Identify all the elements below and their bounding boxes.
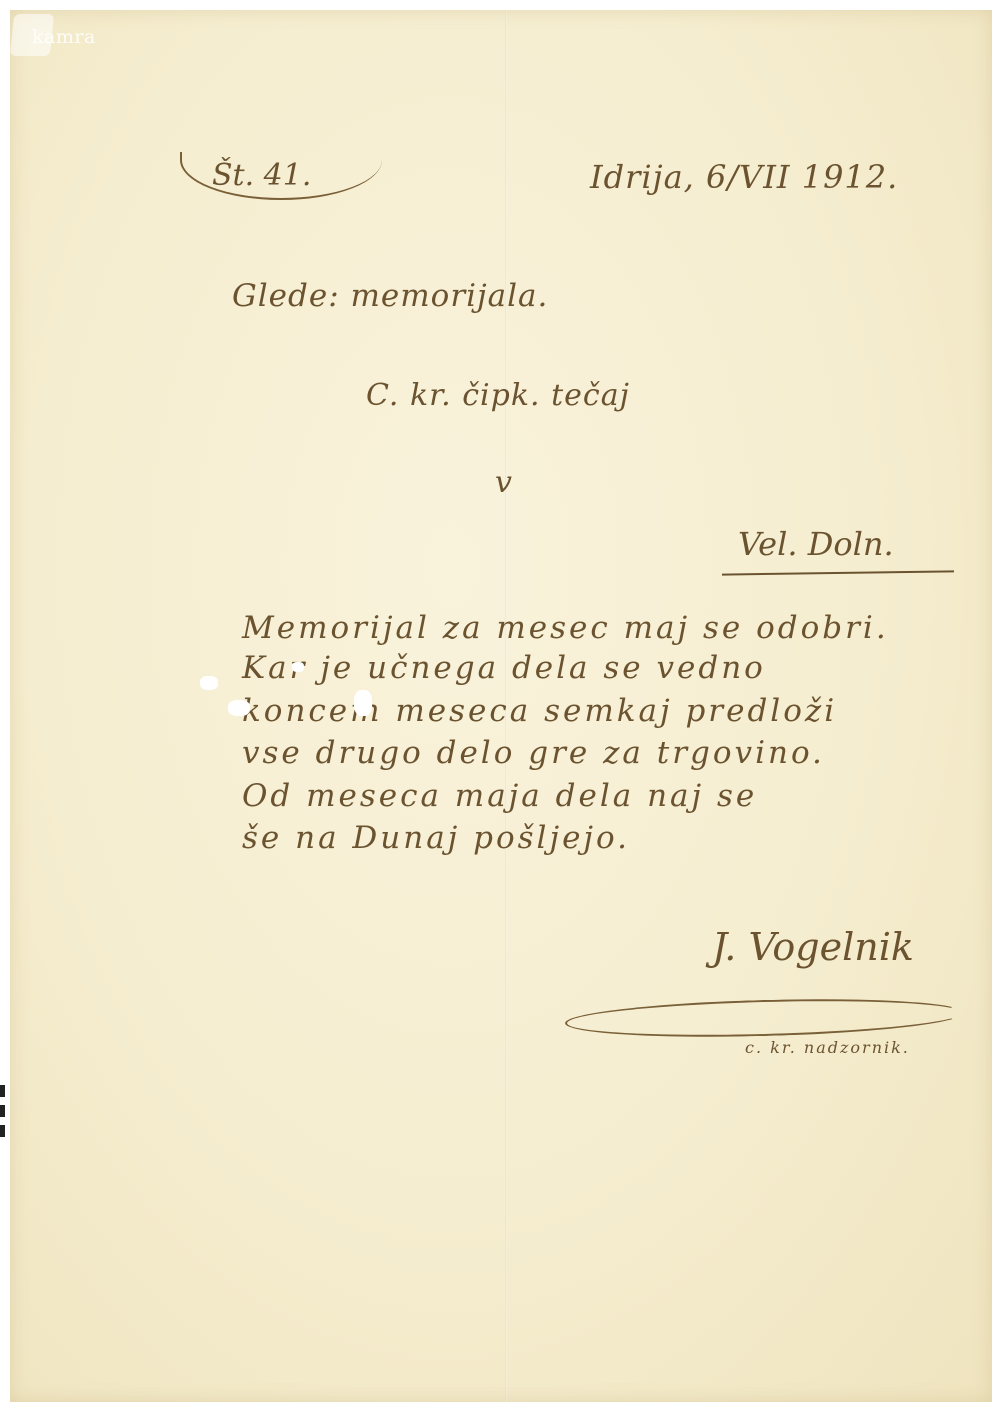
addressee-place: Vel. Doln. [738, 525, 894, 563]
signatory-title: c. kr. nadzornik. [745, 1038, 910, 1057]
paper-hole [354, 690, 372, 716]
body-line: Kar je učnega dela se vedno [242, 650, 766, 686]
body-line: koncem meseca semkaj predloži [242, 693, 837, 729]
subject-line: Glede: memorijala. [232, 278, 548, 314]
addressee: C. kr. čipk. tečaj [366, 378, 630, 413]
binder-marks [0, 1085, 6, 1165]
body-line: Od meseca maja dela naj se [242, 778, 757, 814]
signature: J. Vogelnik [712, 925, 914, 969]
paper-hole [228, 700, 250, 716]
body-line: vse drugo delo gre za trgovino. [242, 735, 825, 771]
paper-hole [200, 676, 218, 690]
reference-number: Št. 41. [212, 158, 311, 193]
place-date: Idrija, 6/VII 1912. [590, 158, 898, 196]
preposition: v [495, 465, 512, 500]
watermark-text: kamra [32, 26, 96, 48]
paper-hole [292, 662, 304, 672]
body-line: še na Dunaj pošljejo. [242, 820, 630, 856]
watermark: kamra [12, 14, 112, 58]
body-line: Memorijal za mesec maj se odobri. [242, 610, 889, 646]
